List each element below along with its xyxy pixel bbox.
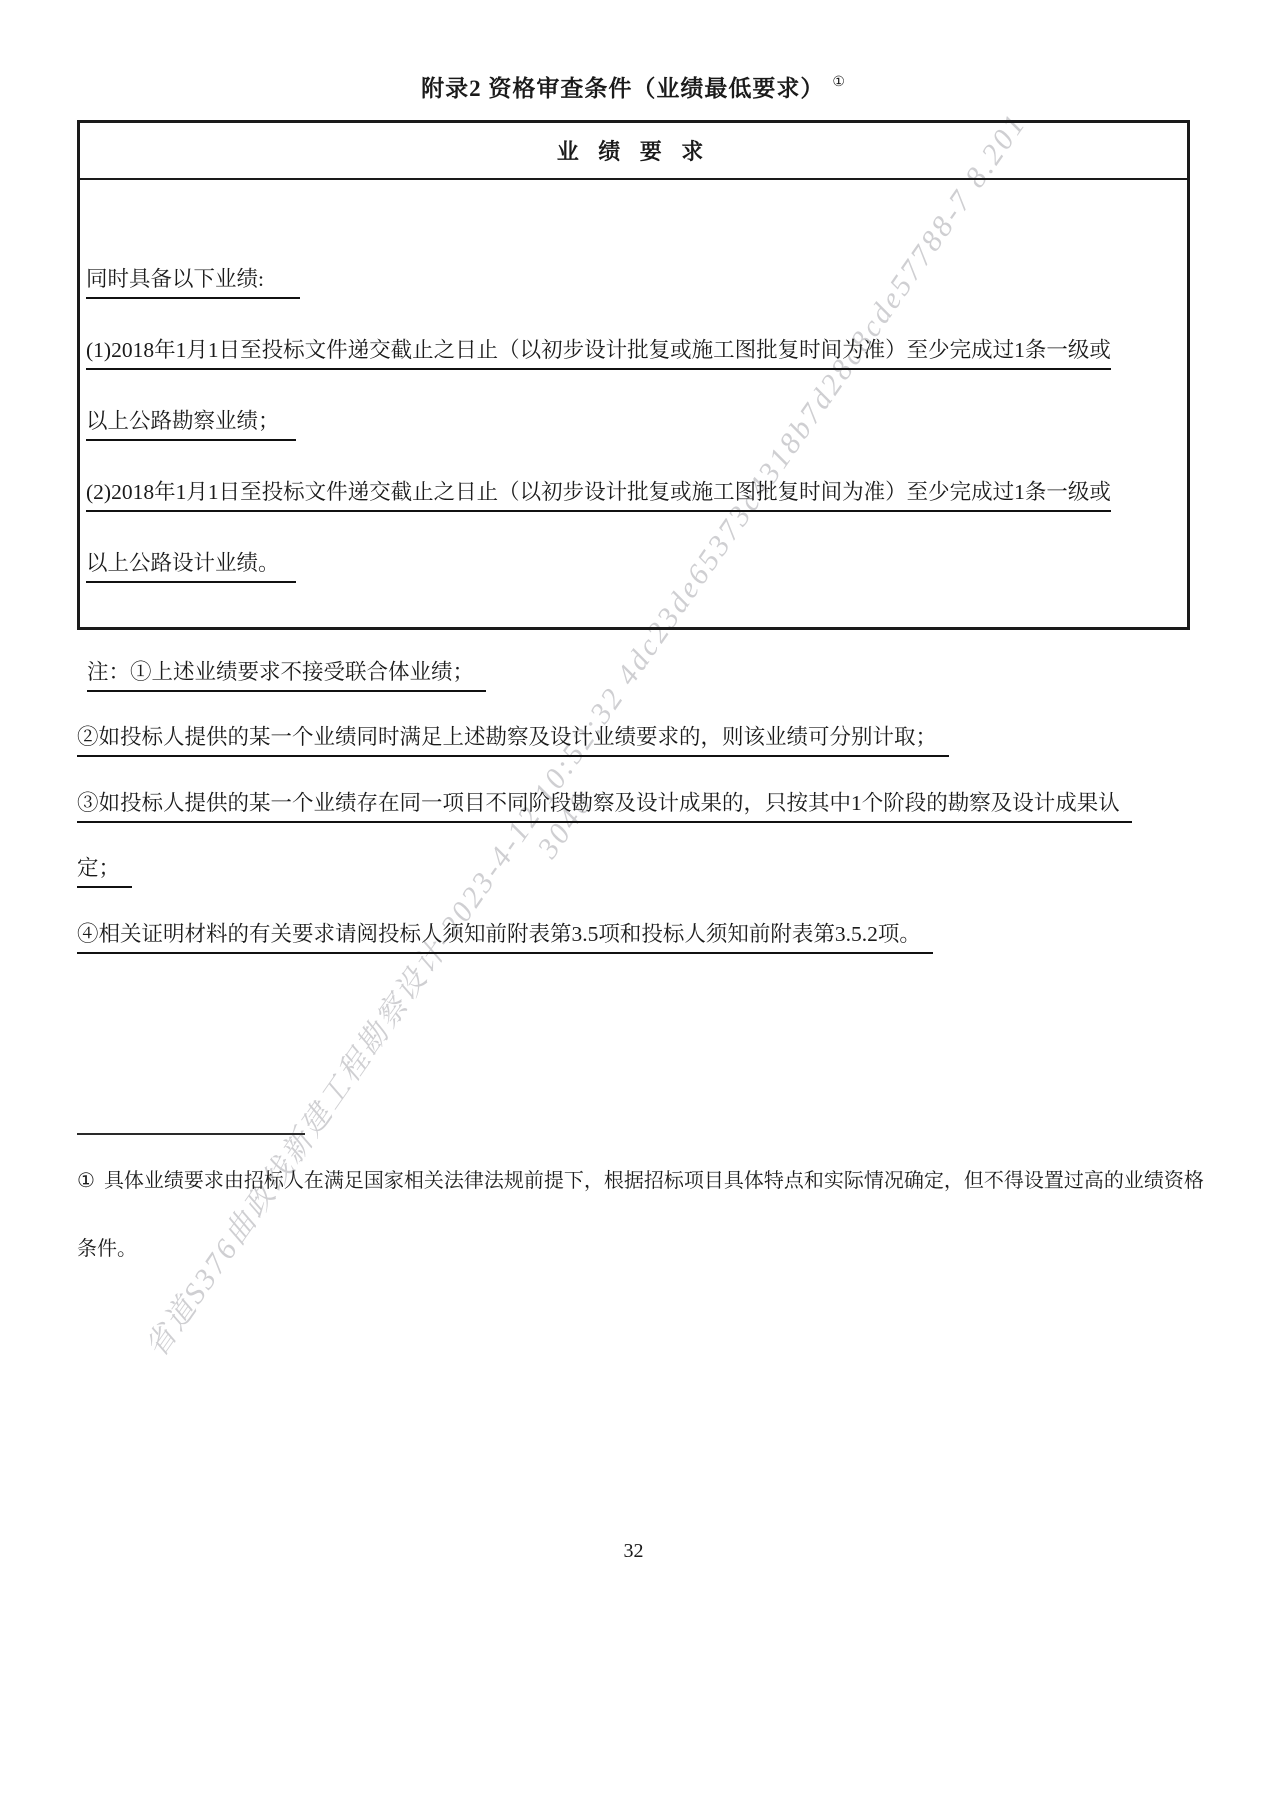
requirement-item2-line2-text: 以上公路设计业绩。 (86, 550, 296, 583)
requirement-intro-line: 同时具备以下业绩: (80, 228, 1187, 299)
note-line-3-wrap: 定； (77, 823, 1190, 889)
requirement-item2-line1: (2)2018年1月1日至投标文件递交截止之日止（以初步设计批复或施工图批复时间… (80, 441, 1187, 512)
footnote-section: ① 具体业绩要求由招标人在满足国家相关法律法规前提下，根据招标项目具体特点和实际… (77, 1130, 1190, 1266)
note-line-1: 注：①上述业绩要求不接受联合体业绩； (77, 626, 1190, 692)
document-page: 省道S376曲政线新建工程勘察设计-2023-4-12 10:52:32 4dc… (0, 0, 1267, 1793)
footnote-line-1-text: 具体业绩要求由招标人在满足国家相关法律法规前提下，根据招标项目具体特点和实际情况… (104, 1169, 1204, 1198)
document-title-text: 附录2 资格审查条件（业绩最低要求） (421, 76, 824, 101)
note-line-4: ④相关证明材料的有关要求请阅投标人须知前附表第3.5项和投标人须知前附表第3.5… (77, 888, 1190, 954)
footnote-line-2-text: 条件。 (77, 1237, 137, 1266)
title-footnote-ref: ① (832, 75, 846, 90)
table-body-cell: 同时具备以下业绩: (1)2018年1月1日至投标文件递交截止之日止（以初步设计… (80, 228, 1187, 583)
note-line-4-text: ④相关证明材料的有关要求请阅投标人须知前附表第3.5项和投标人须知前附表第3.5… (77, 921, 933, 954)
document-title: 附录2 资格审查条件（业绩最低要求）① (0, 70, 1267, 103)
page-number: 32 (0, 1540, 1267, 1563)
performance-requirements-table: 业 绩 要 求 同时具备以下业绩: (1)2018年1月1日至投标文件递交截止之… (77, 120, 1190, 630)
note-line-3: ③如投标人提供的某一个业绩存在同一项目不同阶段勘察及设计成果的，只按其中1个阶段… (77, 757, 1190, 823)
requirement-item2-line1-text: (2)2018年1月1日至投标文件递交截止之日止（以初步设计批复或施工图批复时间… (86, 479, 1111, 512)
requirement-item1-line1-text: (1)2018年1月1日至投标文件递交截止之日止（以初步设计批复或施工图批复时间… (86, 337, 1111, 370)
note-line-3-wrap-text: 定； (77, 855, 132, 888)
note-line-1-text: 注：①上述业绩要求不接受联合体业绩； (87, 659, 486, 692)
footnote-line-2: 条件。 (77, 1198, 1190, 1266)
requirement-item1-line1: (1)2018年1月1日至投标文件递交截止之日止（以初步设计批复或施工图批复时间… (80, 299, 1187, 370)
note-line-2: ②如投标人提供的某一个业绩同时满足上述勘察及设计业绩要求的，则该业绩可分别计取； (77, 692, 1190, 758)
table-header-performance-requirements: 业 绩 要 求 (80, 123, 1187, 180)
requirement-item1-line2: 以上公路勘察业绩； (80, 370, 1187, 441)
requirement-item1-line2-text: 以上公路勘察业绩； (86, 408, 296, 441)
note-line-3-text: ③如投标人提供的某一个业绩存在同一项目不同阶段勘察及设计成果的，只按其中1个阶段… (77, 790, 1132, 823)
notes-section: 注：①上述业绩要求不接受联合体业绩； ②如投标人提供的某一个业绩同时满足上述勘察… (77, 626, 1190, 954)
footnote-marker: ① (77, 1169, 95, 1198)
requirement-item2-line2: 以上公路设计业绩。 (80, 512, 1187, 583)
footnote-line-1: ① 具体业绩要求由招标人在满足国家相关法律法规前提下，根据招标项目具体特点和实际… (77, 1130, 1190, 1198)
note-line-2-text: ②如投标人提供的某一个业绩同时满足上述勘察及设计业绩要求的，则该业绩可分别计取； (77, 724, 949, 757)
requirement-intro-text: 同时具备以下业绩: (86, 266, 300, 299)
